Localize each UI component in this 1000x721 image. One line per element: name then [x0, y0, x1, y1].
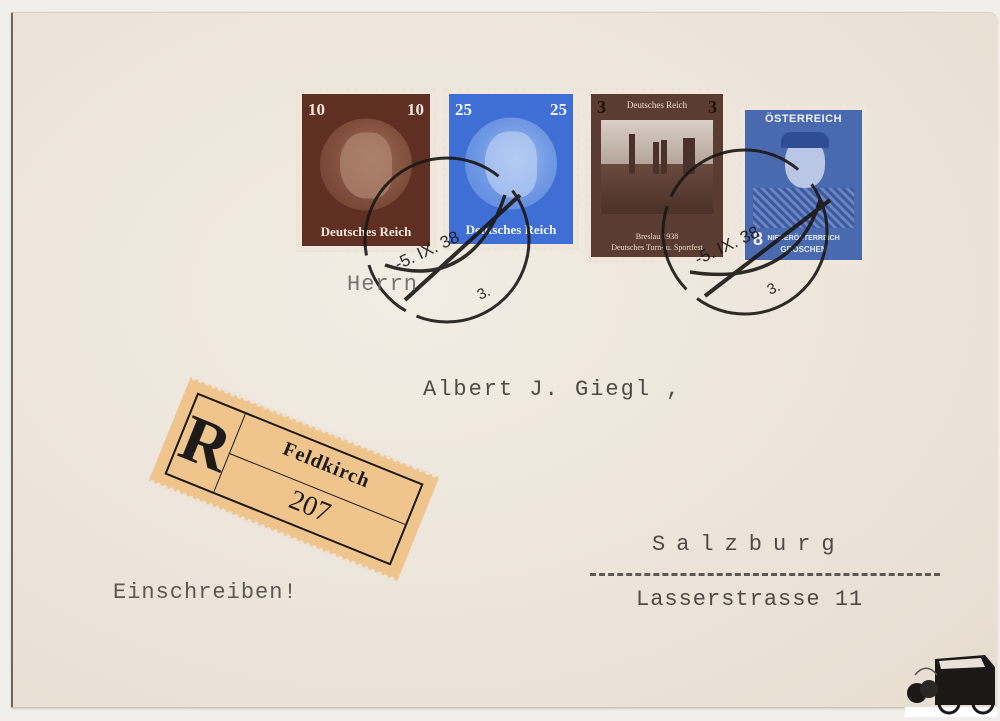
stamp-25-pfennig: 25 25 Deutsches Reich — [443, 88, 579, 250]
underline-dashes — [590, 573, 940, 576]
stamp-inscription: Deutsches Reich — [591, 100, 723, 110]
stamp-breslau-1938: 3 3 Deutsches Reich Breslau 1938 Deutsch… — [585, 88, 729, 263]
stamp-inscription: Deutsches Reich — [302, 224, 430, 240]
stamp-country: ÖSTERREICH — [745, 113, 862, 125]
recipient-city: Salzburg — [652, 532, 846, 557]
hat-illustration — [781, 132, 829, 148]
costume-illustration — [753, 188, 854, 228]
service-note: Einschreiben! — [113, 580, 298, 605]
portrait-medallion-icon — [465, 117, 557, 209]
recipient-name: Albert J. Giegl , — [423, 377, 681, 402]
stamp-value-right: 10 — [407, 100, 424, 120]
stamp-value-left: 25 — [455, 100, 472, 120]
recipient-street: Lasserstrasse 11 — [636, 587, 863, 612]
stamp-caption: Breslau 1938 — [591, 232, 723, 241]
stamp-region: NIEDERÖSTERREICH — [745, 235, 862, 242]
stamp-value-right: 25 — [550, 100, 567, 120]
stamp-austria-8-groschen: ÖSTERREICH 8 NIEDERÖSTERREICH GROSCHEN — [739, 104, 868, 266]
stamp-value-left: 10 — [308, 100, 325, 120]
stamp-caption-secondary: Deutsches Turn- u. Sportfest — [591, 243, 723, 252]
stamp-inscription: Deutsches Reich — [449, 222, 573, 238]
salutation: Herrn — [347, 272, 418, 297]
stamp-unit: GROSCHEN — [745, 245, 862, 254]
portrait-medallion-icon — [320, 118, 412, 210]
stagecoach-logo-icon — [905, 645, 997, 717]
stamp-10-pfennig: 10 10 Deutsches Reich — [296, 88, 436, 252]
